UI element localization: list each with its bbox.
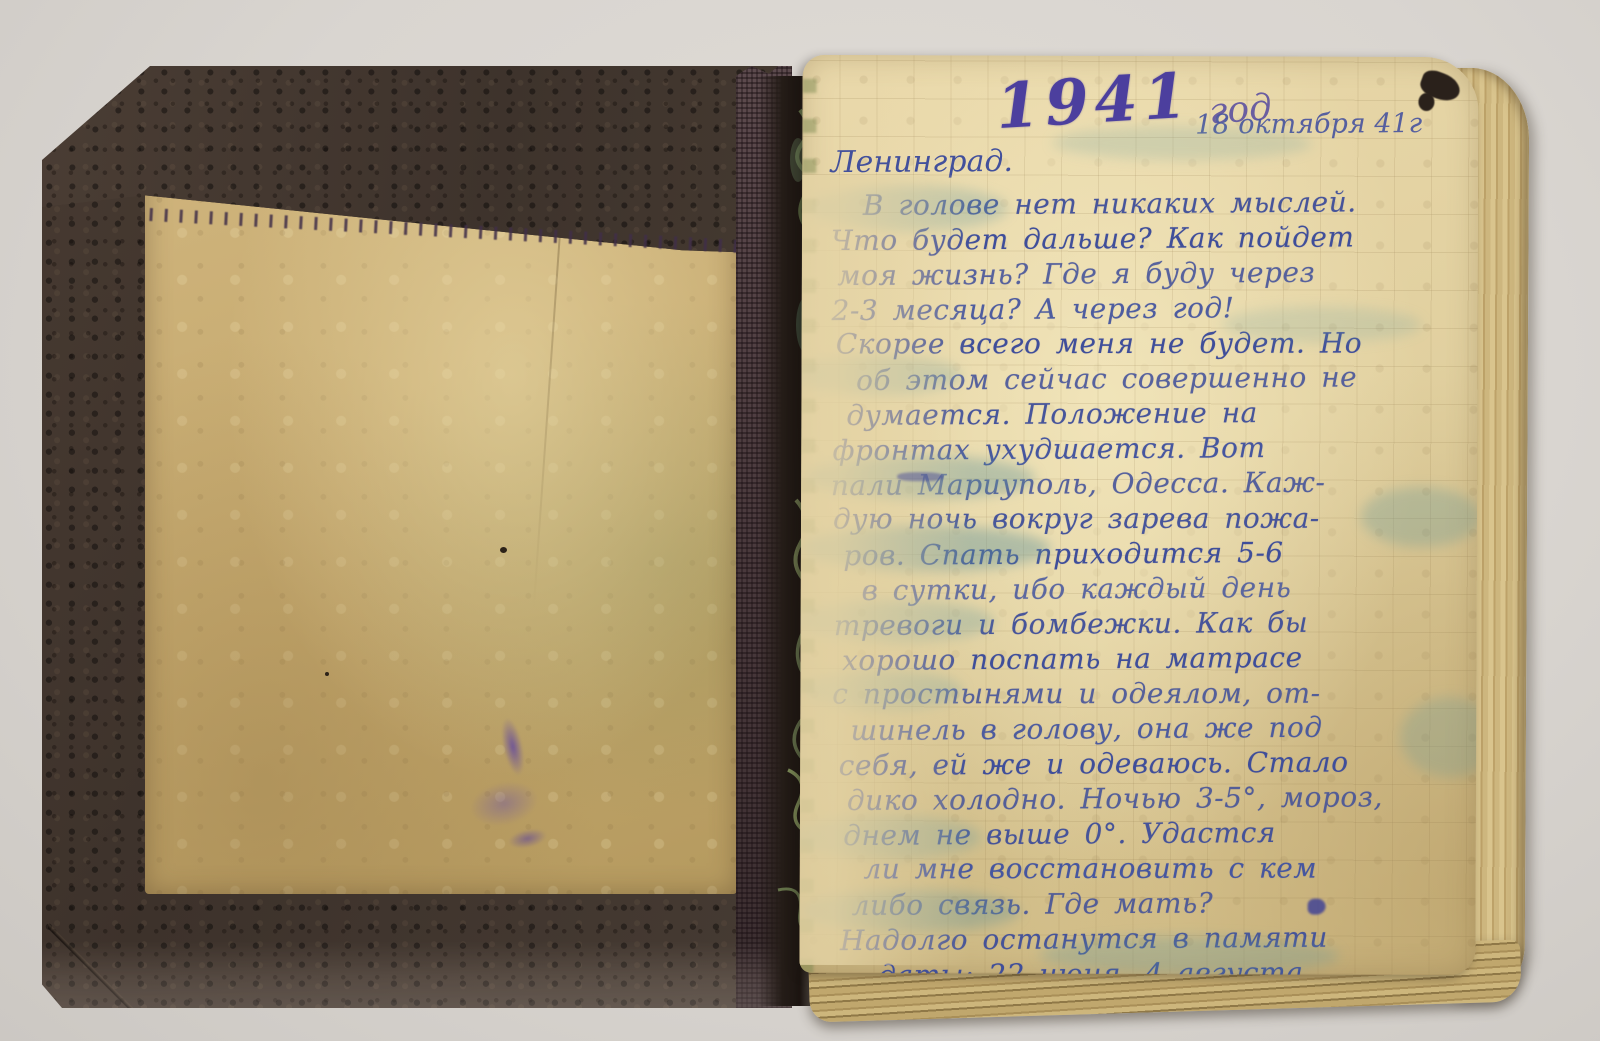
handwriting-line: днем не выше 0°. Удастся (843, 814, 1461, 853)
pastedown-paper (145, 152, 737, 894)
ink-smear (897, 472, 943, 481)
entry-date: 18 октября 41г (828, 108, 1456, 143)
handwriting-line: Что будет дальше? Как пойдет (831, 219, 1457, 258)
worn-bottom-edge (42, 942, 792, 1008)
entry-place: Ленинград. (830, 141, 1456, 180)
dirt-speck (325, 672, 329, 676)
scan-background: 1941год 18 октября 41г Ленинград. В голо… (0, 0, 1600, 1041)
handwriting-line: шинель в голову, она же под (850, 709, 1460, 748)
handwriting-line: себя, ей же и одеваюсь. Стало (839, 744, 1461, 783)
handwriting-line: либо связь. Где мать? (852, 884, 1462, 923)
handwriting-line: Надолго останутся в памяти (840, 919, 1462, 958)
handwriting-line: об этом сейчас совершенно не (856, 359, 1458, 398)
handwriting-line: дую ночь вокруг зарева пожа- (833, 500, 1459, 536)
handwriting-line: моя жизнь? Где я буду через (837, 254, 1457, 293)
diary-page: 1941год 18 октября 41г Ленинград. В голо… (799, 55, 1478, 975)
handwriting-line: тревоги и бомбежки. Как бы (834, 604, 1460, 643)
handwriting-line: 2-3 месяца? А через год! (831, 289, 1457, 328)
handwriting-line: хорошо поспать на матрасе (842, 639, 1460, 678)
handwriting-line: дико холодно. Ночью 3-5°, мороз, (847, 779, 1461, 818)
left-cover-inside (42, 66, 792, 1008)
handwriting-line: с простынями и одеялом, от- (832, 675, 1460, 711)
handwriting-line: В голове нет никаких мыслей. (863, 184, 1457, 223)
page-block: 1941год 18 октября 41г Ленинград. В голо… (793, 54, 1533, 1014)
handwriting-line: думается. Положение на (846, 394, 1458, 433)
handwriting-line: ли мне восстановить с кем (863, 850, 1461, 886)
handwriting-line: ров. Спать приходится 5-6 (843, 534, 1459, 573)
handwriting-line: Скорее всего меня не будет. Но (836, 325, 1458, 361)
entry-body: В голове нет никаких мыслей. Что будет д… (829, 184, 1463, 975)
handwriting-line: фронтах ухудшается. Вот (832, 429, 1458, 468)
handwriting-line: пали Мариуполь, Одесса. Каж- (831, 464, 1459, 503)
purple-ink-stain (431, 693, 580, 865)
handwritten-entry: 1941год 18 октября 41г Ленинград. В голо… (799, 55, 1478, 975)
frayed-fabric-tuft (1418, 93, 1434, 111)
handwriting-line: в сутки, ибо каждый день (861, 569, 1459, 608)
dirt-speck (500, 547, 507, 553)
